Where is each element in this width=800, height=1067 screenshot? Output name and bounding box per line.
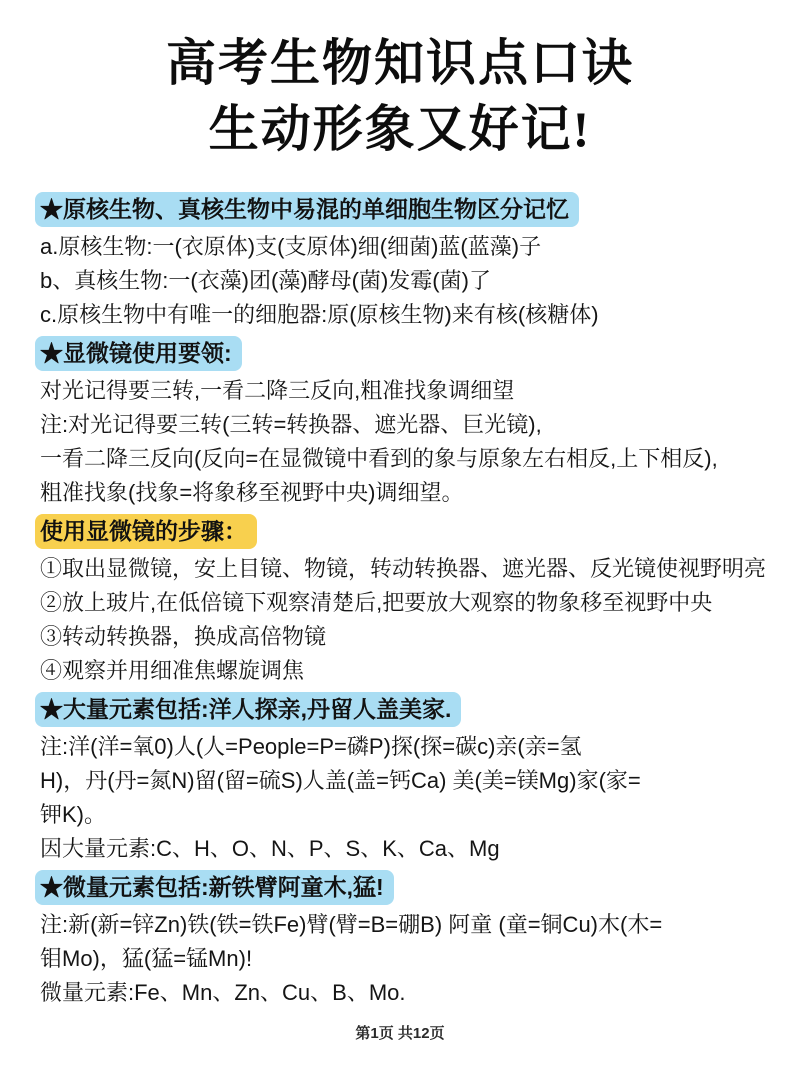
text-line: 一看二降三反向(反向=在显微镜中看到的象与原象左右相反,上下相反), xyxy=(40,442,770,476)
text-line: b、真核生物:一(衣藻)团(藻)酵母(菌)发霉(菌)了 xyxy=(40,264,770,298)
text-line: 粗准找象(找象=将象移至视野中央)调细望。 xyxy=(40,476,770,510)
section: ★原核生物、真核生物中易混的单细胞生物区分记忆 a.原核生物:一(衣原体)支(支… xyxy=(40,188,770,332)
section-lines: 注:新(新=锌Zn)铁(铁=铁Fe)臂(臂=B=硼B) 阿童 (童=铜Cu)木(… xyxy=(40,908,770,1010)
section: 使用显微镜的步骤： ①取出显微镜，安上目镜、物镜，转动转换器、遮光器、反光镜使视… xyxy=(40,510,770,688)
text-line: 注:洋(洋=氧0)人(人=People=P=磷P)探(探=碳c)亲(亲=氢 xyxy=(40,730,770,764)
section-header: ★大量元素包括:洋人探亲,丹留人盖美家. xyxy=(35,692,461,727)
text-line: 注:对光记得要三转(三转=转换器、遮光器、巨光镜), xyxy=(40,408,770,442)
title-line-2: 生动形象又好记! xyxy=(209,101,592,157)
section-header: ★原核生物、真核生物中易混的单细胞生物区分记忆 xyxy=(35,192,579,227)
text-line: 对光记得要三转,一看二降三反向,粗准找象调细望 xyxy=(40,374,770,408)
text-line: c.原核生物中有唯一的细胞器:原(原核生物)来有核(核糖体) xyxy=(40,298,770,332)
section-lines: 注:洋(洋=氧0)人(人=People=P=磷P)探(探=碳c)亲(亲=氢H)，… xyxy=(40,730,770,866)
section: ★显微镜使用要领: 对光记得要三转,一看二降三反向,粗准找象调细望注:对光记得要… xyxy=(40,332,770,510)
page-title: 高考生物知识点口诀生动形象又好记! xyxy=(0,0,800,162)
section-header: ★显微镜使用要领: xyxy=(35,336,242,371)
content: ★原核生物、真核生物中易混的单细胞生物区分记忆 a.原核生物:一(衣原体)支(支… xyxy=(0,162,800,1010)
section-header-row: ★显微镜使用要领: xyxy=(40,332,770,374)
section-header: 使用显微镜的步骤： xyxy=(35,514,257,549)
text-line: 钼Mo)，猛(猛=锰Mn)! xyxy=(40,942,770,976)
text-line: ③转动转换器，换成高倍物镜 xyxy=(40,620,770,654)
section-header: ★微量元素包括:新铁臂阿童木,猛! xyxy=(35,870,394,905)
text-line: H)，丹(丹=氮N)留(留=硫S)人盖(盖=钙Ca) 美(美=镁Mg)家(家= xyxy=(40,764,770,798)
document-page: 高考生物知识点口诀生动形象又好记! ★原核生物、真核生物中易混的单细胞生物区分记… xyxy=(0,0,800,1067)
text-line: ④观察并用细准焦螺旋调焦 xyxy=(40,654,770,688)
section-lines: 对光记得要三转,一看二降三反向,粗准找象调细望注:对光记得要三转(三转=转换器、… xyxy=(40,374,770,510)
text-line: ①取出显微镜，安上目镜、物镜，转动转换器、遮光器、反光镜使视野明亮 xyxy=(40,552,770,586)
text-line: ②放上玻片,在低倍镜下观察清楚后,把要放大观察的物象移至视野中央 xyxy=(40,586,770,620)
section-lines: ①取出显微镜，安上目镜、物镜，转动转换器、遮光器、反光镜使视野明亮②放上玻片,在… xyxy=(40,552,770,688)
section-header-row: 使用显微镜的步骤： xyxy=(40,510,770,552)
section-lines: a.原核生物:一(衣原体)支(支原体)细(细菌)蓝(蓝藻)子b、真核生物:一(衣… xyxy=(40,230,770,332)
section-header-row: ★大量元素包括:洋人探亲,丹留人盖美家. xyxy=(40,688,770,730)
section: ★大量元素包括:洋人探亲,丹留人盖美家. 注:洋(洋=氧0)人(人=People… xyxy=(40,688,770,866)
text-line: a.原核生物:一(衣原体)支(支原体)细(细菌)蓝(蓝藻)子 xyxy=(40,230,770,264)
text-line: 钾K)。 xyxy=(40,798,770,832)
title-line-1: 高考生物知识点口诀 xyxy=(166,35,634,91)
text-line: 注:新(新=锌Zn)铁(铁=铁Fe)臂(臂=B=硼B) 阿童 (童=铜Cu)木(… xyxy=(40,908,770,942)
text-line: 因大量元素:C、H、O、N、P、S、K、Ca、Mg xyxy=(40,832,770,866)
page-footer: 第1页 共12页 xyxy=(0,1022,800,1043)
section-header-row: ★微量元素包括:新铁臂阿童木,猛! xyxy=(40,866,770,908)
section: ★微量元素包括:新铁臂阿童木,猛! 注:新(新=锌Zn)铁(铁=铁Fe)臂(臂=… xyxy=(40,866,770,1010)
section-header-row: ★原核生物、真核生物中易混的单细胞生物区分记忆 xyxy=(40,188,770,230)
text-line: 微量元素:Fe、Mn、Zn、Cu、B、Mo. xyxy=(40,976,770,1010)
